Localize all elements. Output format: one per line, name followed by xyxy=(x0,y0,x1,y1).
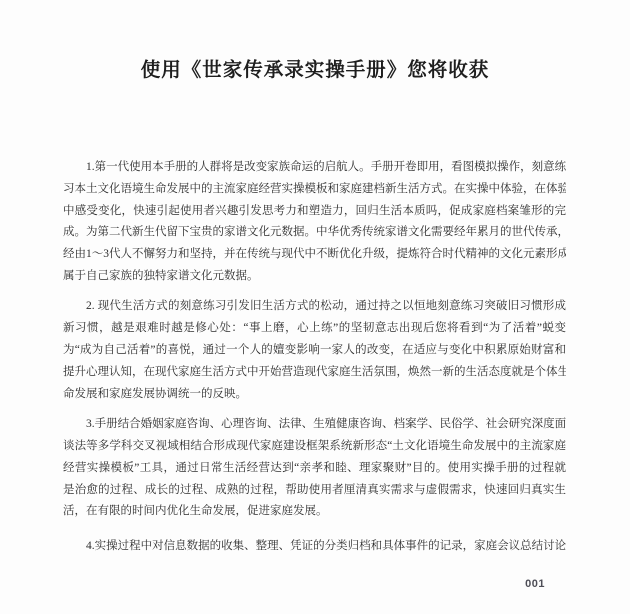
text-line: 成。为第二代新生代留下宝贵的家谱文化元数据。中华优秀传统家谱文化需要经年累月的世… xyxy=(63,222,566,244)
text-line: 提升心理认知，在现代家庭生活方式中开始营造现代家庭生活氛围，焕然一新的生活态度就… xyxy=(63,362,566,384)
document-page: 使用《世家传承录实操手册》您将收获 1.第一代使用本手册的人群将是改变家族命运的… xyxy=(0,0,630,614)
text-line: 命发展和家庭发展协调统一的反映。 xyxy=(63,384,566,406)
text-line: 谈法等多学科交叉视域相结合形成现代家庭建设框架系统新形态“土文化语境生命发展中的… xyxy=(63,436,566,458)
text-line: 1.第一代使用本手册的人群将是改变家族命运的启航人。手册开卷即用，看图模拟操作，… xyxy=(63,157,566,179)
paragraph: 3.手册结合婚姻家庭咨询、心理咨询、法律、生殖健康咨询、档案学、民俗学、社会研究… xyxy=(63,414,566,523)
text-line: 为“成为自己活着”的喜悦，通过一个人的嬗变影响一家人的改变，在适应与变化中积累原… xyxy=(63,340,566,362)
text-line: 中感受变化，快速引起使用者兴趣引发思考力和塑造力，回归生活本质吗，促成家庭档案雏… xyxy=(63,201,566,223)
text-line: 2. 现代生活方式的刻意练习引发旧生活方式的松动，通过持之以恒地刻意练习突破旧习… xyxy=(63,296,566,318)
page-number: 001 xyxy=(525,578,545,590)
text-line: 4.实操过程中对信息数据的收集、整理、凭证的分类归档和具体事件的记录，家庭会议总… xyxy=(63,536,566,558)
text-line: 经由1～3代人不懈努力和坚持，并在传统与现代中不断优化升级，提炼符合时代精神的文… xyxy=(63,244,566,266)
text-line: 属于自己家族的独特家谱文化元数据。 xyxy=(63,266,566,288)
paragraph: 1.第一代使用本手册的人群将是改变家族命运的启航人。手册开卷即用，看图模拟操作，… xyxy=(63,157,566,288)
text-line: 活，在有限的时间内优化生命发展，促进家庭发展。 xyxy=(63,501,566,523)
page-title: 使用《世家传承录实操手册》您将收获 xyxy=(0,59,630,82)
paragraph: 2. 现代生活方式的刻意练习引发旧生活方式的松动，通过持之以恒地刻意练习突破旧习… xyxy=(63,296,566,405)
paragraph: 4.实操过程中对信息数据的收集、整理、凭证的分类归档和具体事件的记录，家庭会议总… xyxy=(63,536,566,558)
text-line: 新习惯，越是艰难时越是修心处：“事上磨，心上练”的坚韧意志出现后您将看到“为了活… xyxy=(63,318,566,340)
text-line: 经营实操模板”工具，通过日常生活经营达到“亲孝和睦、理家聚财”目的。使用实操手册… xyxy=(63,458,566,480)
text-line: 习本土文化语境生命发展中的主流家庭经营实操模板和家庭建档新生活方式。在实操中体验… xyxy=(63,179,566,201)
document-body: 1.第一代使用本手册的人群将是改变家族命运的启航人。手册开卷即用，看图模拟操作，… xyxy=(63,157,566,566)
text-line: 3.手册结合婚姻家庭咨询、心理咨询、法律、生殖健康咨询、档案学、民俗学、社会研究… xyxy=(63,414,566,436)
text-line: 是治愈的过程、成长的过程、成熟的过程，帮助使用者厘清真实需求与虚假需求，快速回归… xyxy=(63,480,566,502)
